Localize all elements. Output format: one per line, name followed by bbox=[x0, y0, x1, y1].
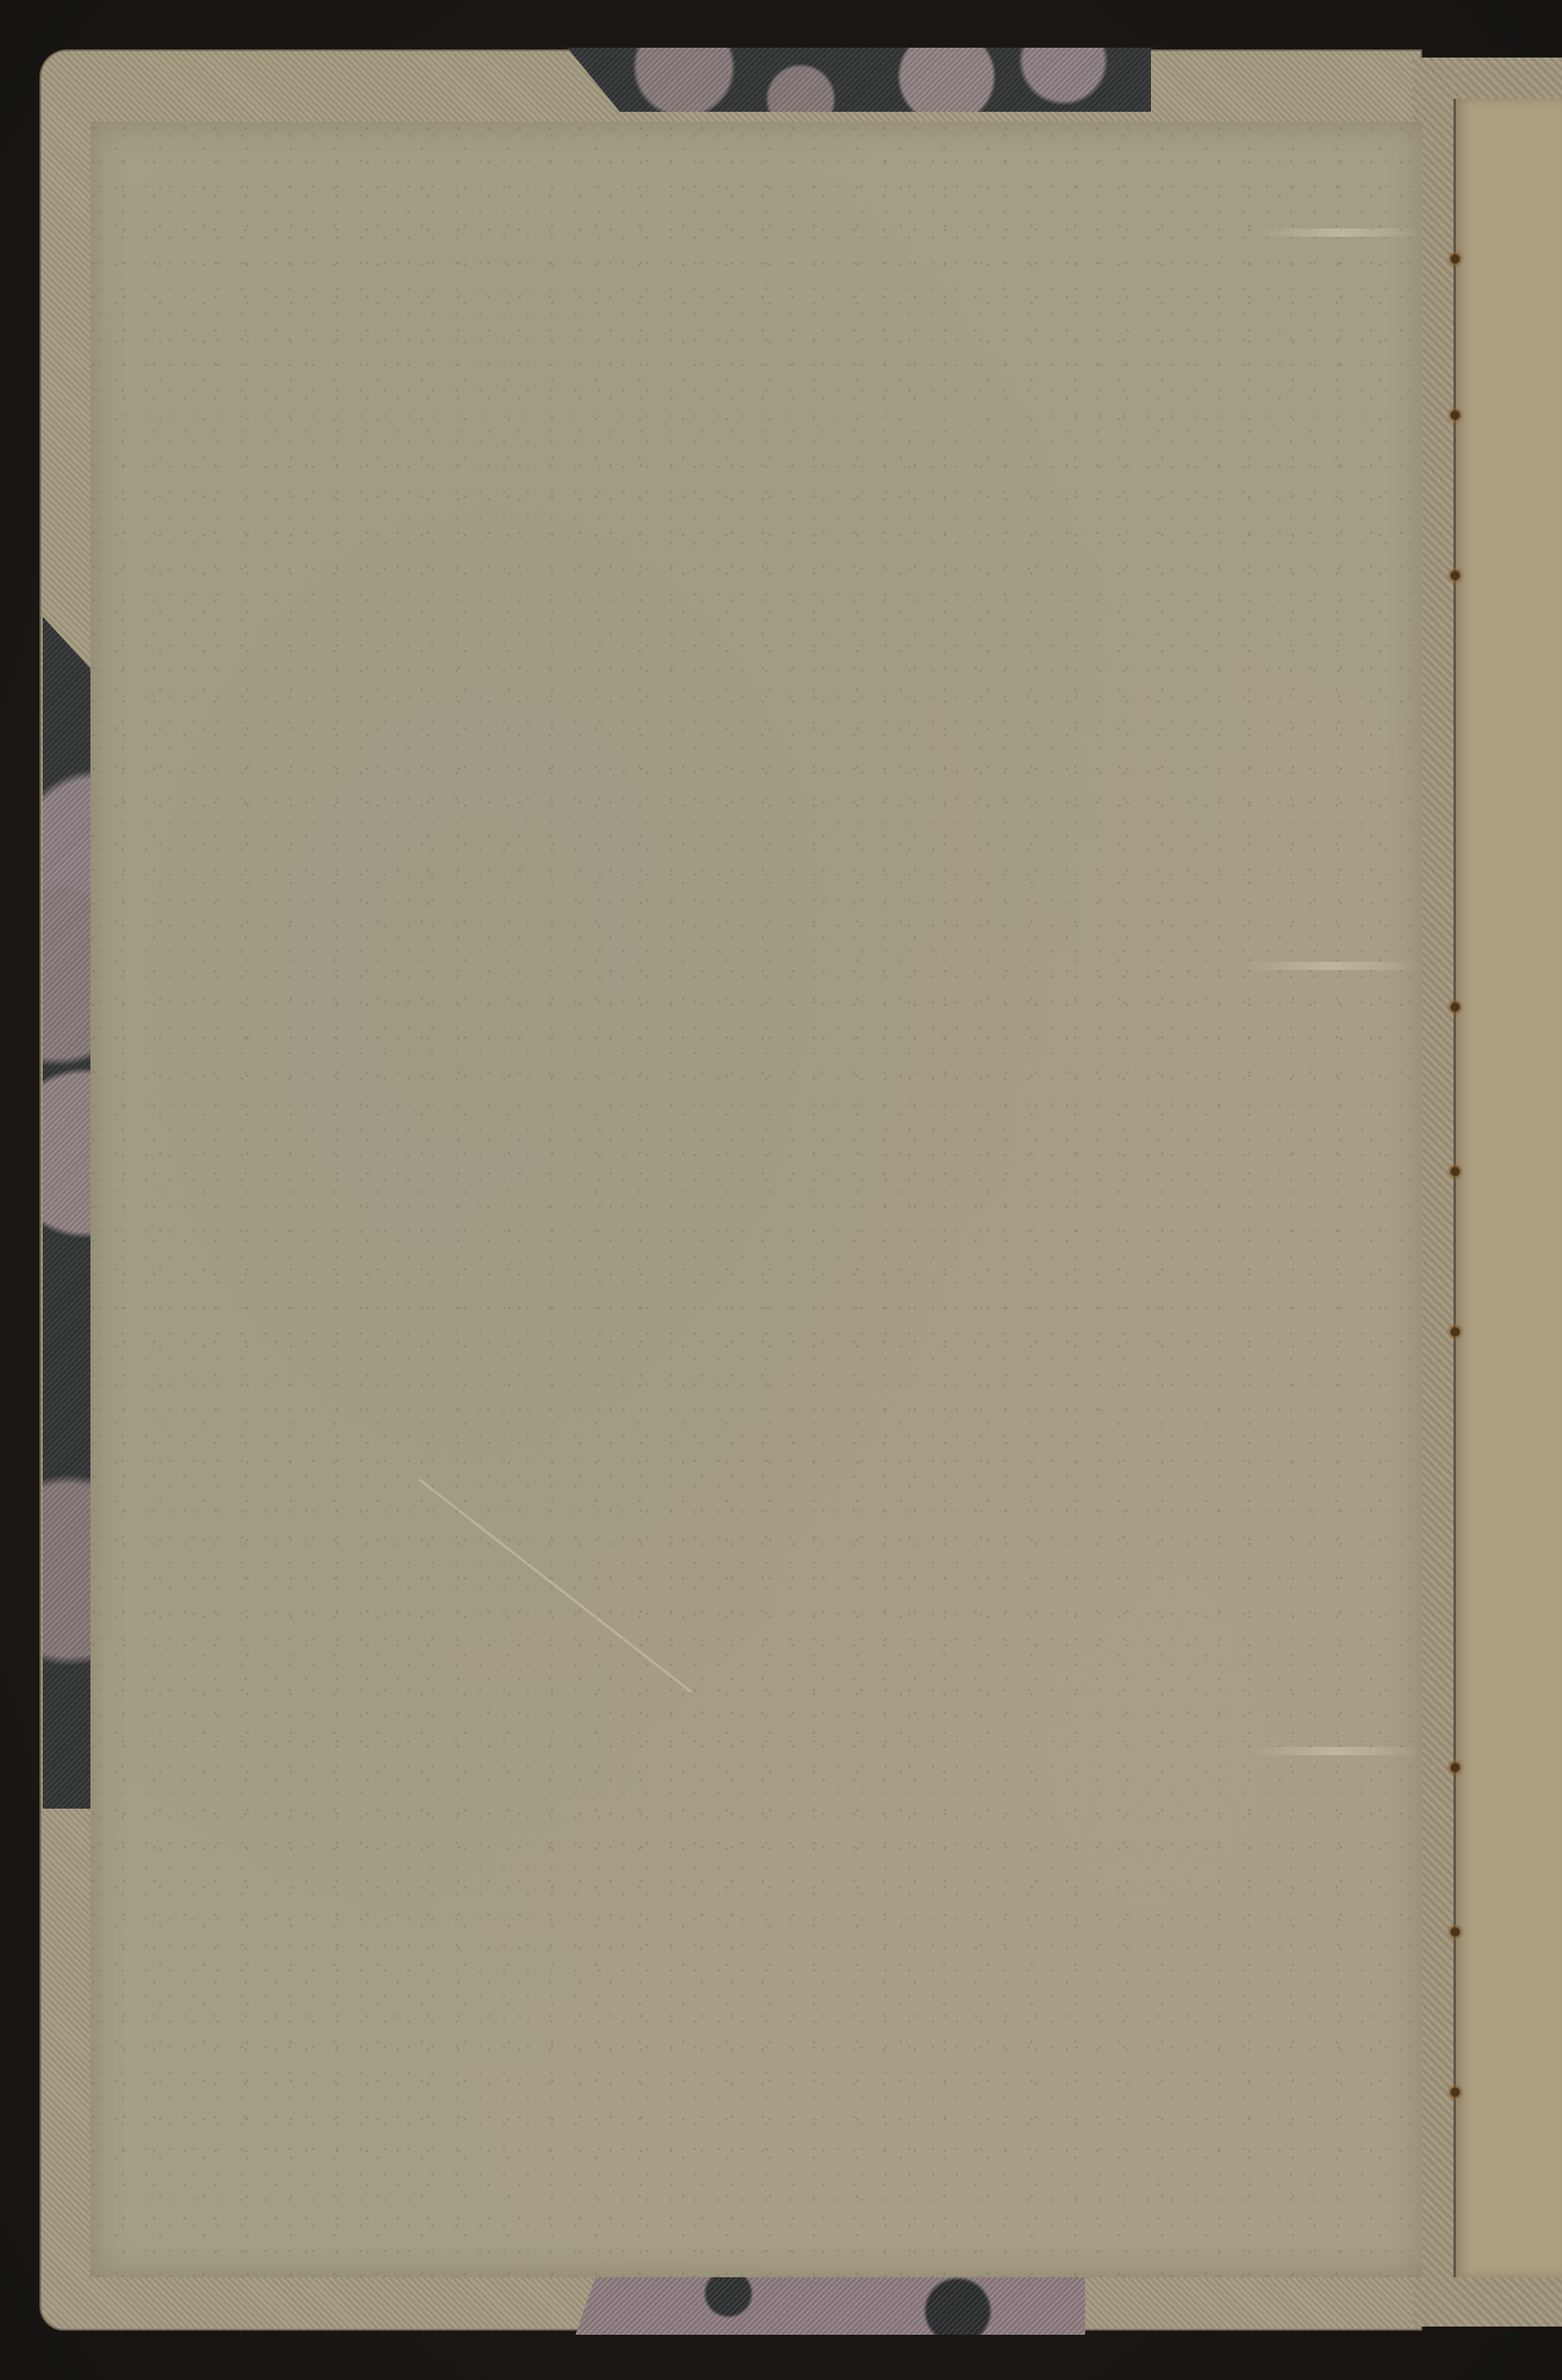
stitch-hole-icon bbox=[1446, 566, 1464, 585]
stitch-hole-icon bbox=[1446, 998, 1464, 1016]
paper-fiber-texture bbox=[90, 122, 1422, 2277]
stitch-hole-icon bbox=[1446, 2083, 1464, 2101]
gutter-fold bbox=[1453, 99, 1456, 2277]
stitch-hole-icon bbox=[1446, 1162, 1464, 1181]
facing-page-edge bbox=[1455, 99, 1562, 2277]
marbled-paper-bottom bbox=[575, 2276, 1085, 2335]
stitch-hole-icon bbox=[1446, 1758, 1464, 1777]
stitch-hole-icon bbox=[1446, 250, 1464, 268]
paper-crease bbox=[1241, 962, 1422, 970]
blank-endpaper bbox=[90, 122, 1422, 2277]
stitch-hole-icon bbox=[1446, 406, 1464, 424]
paper-crease bbox=[1258, 229, 1422, 237]
stitch-hole-icon bbox=[1446, 1323, 1464, 1341]
paper-crease bbox=[1250, 1747, 1422, 1755]
marbled-paper-top bbox=[567, 48, 1151, 112]
stitch-hole-icon bbox=[1446, 1923, 1464, 1941]
